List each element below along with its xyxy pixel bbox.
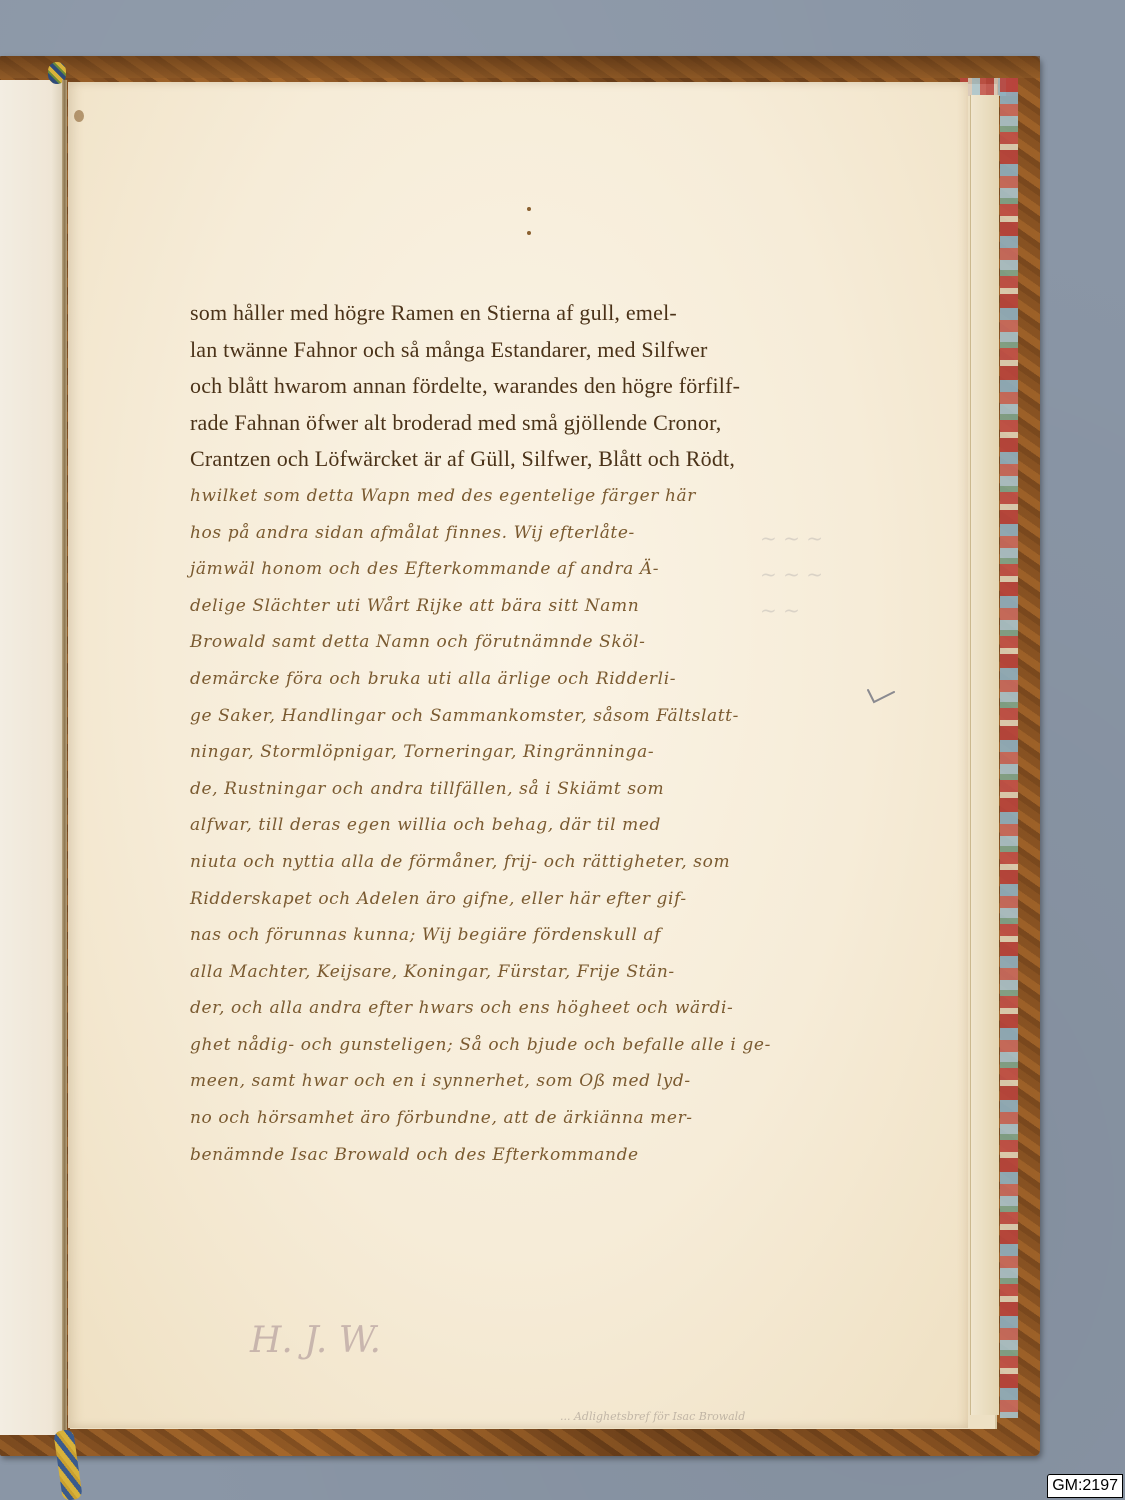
text-line: och blått hwarom annan fördelte, warande… <box>190 368 860 405</box>
marbled-endpaper-edge <box>1000 78 1018 1418</box>
manuscript-text-block: som håller med högre Ramen en Stierna af… <box>190 295 860 1173</box>
book-gutter <box>62 80 67 1440</box>
museum-id-label: GM:2197 <box>1047 1474 1123 1498</box>
edge-stain <box>74 110 84 122</box>
text-line: de, Rustningar och andra tillfällen, så … <box>190 771 860 808</box>
text-line: alfwar, till deras egen willia och behag… <box>190 807 860 844</box>
text-line: der, och alla andra efter hwars och ens … <box>190 990 860 1027</box>
pencil-annotation: H. J. W. <box>250 1320 381 1361</box>
facing-left-page <box>0 80 64 1435</box>
text-line-with-name: Browald samt detta Namn och förutnämnde … <box>190 624 860 661</box>
text-line-with-name: benämnde Isac Browald och des Efterkomma… <box>190 1137 860 1174</box>
text-line: demärcke föra och bruka uti alla ärlige … <box>190 661 860 698</box>
text-line: hos på andra sidan afmålat finnes. Wij e… <box>190 515 860 552</box>
text-line: ningar, Stormlöpnigar, Torneringar, Ring… <box>190 734 860 771</box>
ink-spot <box>527 207 531 211</box>
text-line-with-titles: alla Machter, Keijsare, Koningar, Fürsta… <box>190 954 860 991</box>
text-line: rade Fahnan öfwer alt broderad med små g… <box>190 405 860 442</box>
text-line: meen, samt hwar och en i synnerhet, som … <box>190 1063 860 1100</box>
text-line: Ridderskapet och Adelen äro gifne, eller… <box>190 881 860 918</box>
text-line: lan twänne Fahnor och så många Estandare… <box>190 332 860 369</box>
ink-spot <box>527 231 531 235</box>
text-line: niuta och nyttia alla de förmåner, frij-… <box>190 844 860 881</box>
turned-page-edge <box>970 95 999 1415</box>
text-line: delige Slächter uti Wårt Rijke att bära … <box>190 588 860 625</box>
cover-top-edge <box>0 56 1040 78</box>
text-line: jämwäl honom och des Efterkommande af an… <box>190 551 860 588</box>
faint-footer-annotation: ... Adlighetsbref för Isac Browald <box>560 1410 745 1423</box>
text-line: hwilket som detta Wapn med des egentelig… <box>190 478 860 515</box>
text-line: ge Saker, Handlingar och Sammankomster, … <box>190 698 860 735</box>
margin-checkmark-icon <box>866 688 896 708</box>
text-line: ghet nådig- och gunsteligen; Så och bjud… <box>190 1027 860 1064</box>
text-line: Crantzen och Löfwärcket är af Güll, Silf… <box>190 441 860 478</box>
text-line: som håller med högre Ramen en Stierna af… <box>190 295 860 332</box>
text-line: no och hörsamhet äro förbundne, att de ä… <box>190 1100 860 1137</box>
text-line: nas och förunnas kunna; Wij begiäre förd… <box>190 917 860 954</box>
